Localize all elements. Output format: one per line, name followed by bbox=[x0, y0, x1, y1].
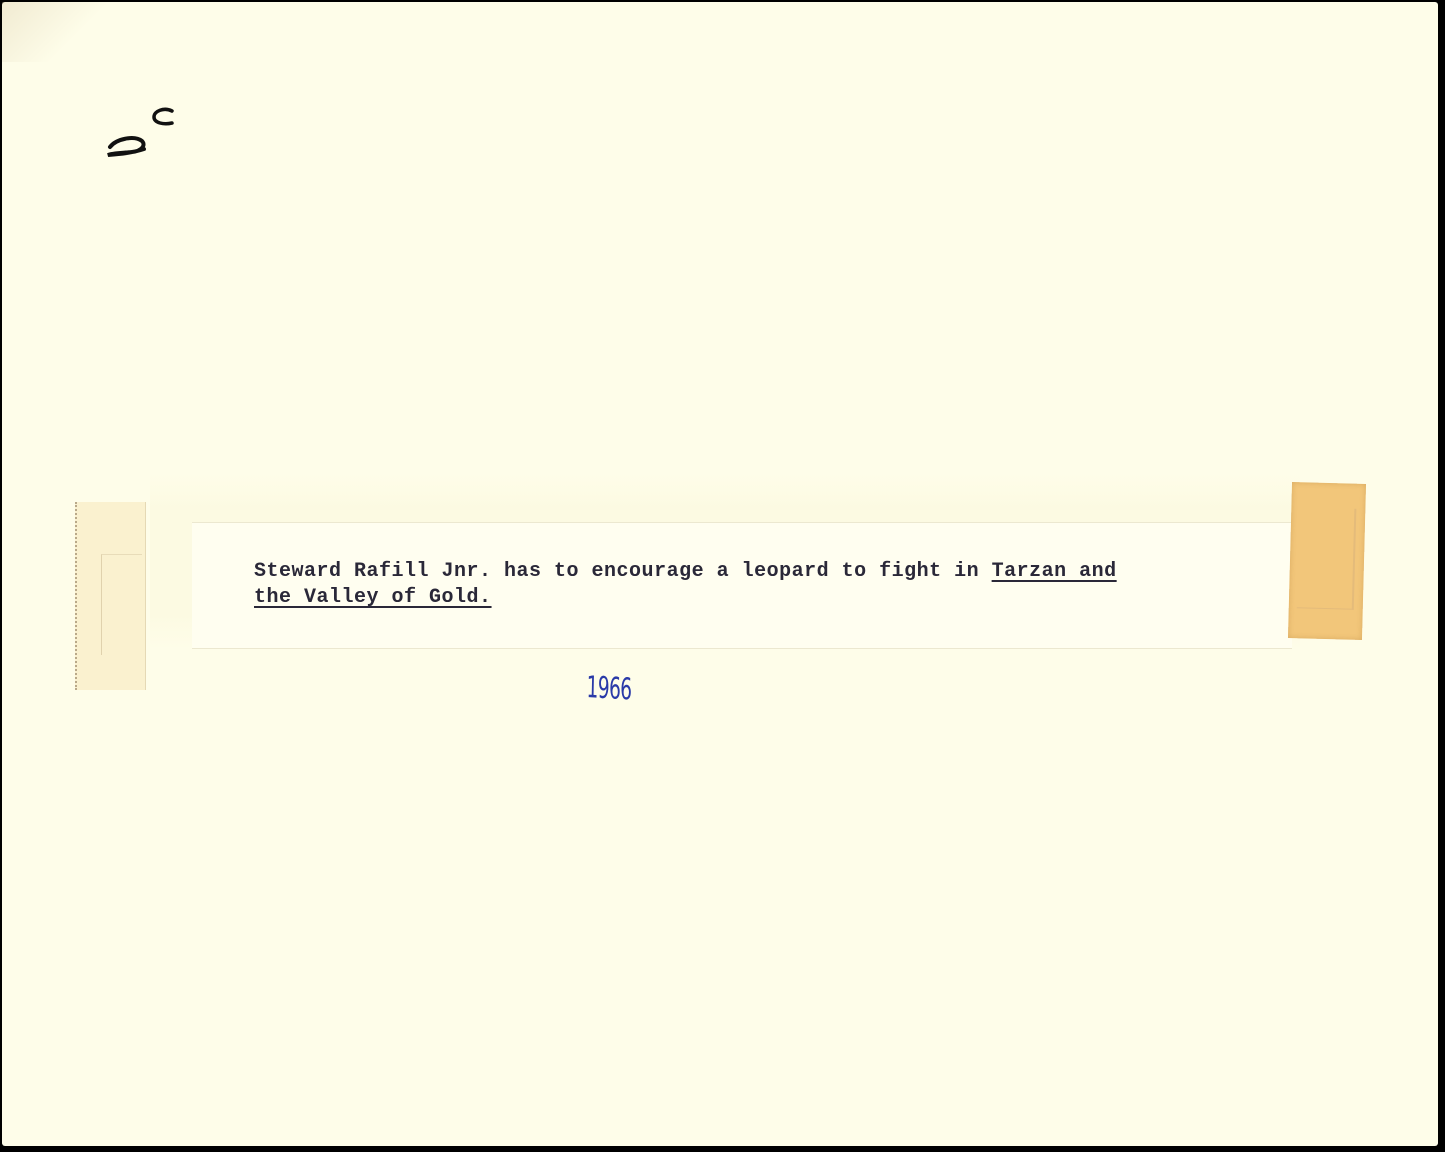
typewritten-caption: Steward Rafill Jnr. has to encourage a l… bbox=[254, 559, 1254, 611]
film-title-part-2: the Valley of Gold. bbox=[254, 586, 492, 609]
caption-line-1: Steward Rafill Jnr. has to encourage a l… bbox=[254, 559, 1254, 585]
tape-right bbox=[1288, 482, 1366, 640]
photo-card-back: 2c Steward Rafill Jnr. has to encourage … bbox=[2, 2, 1438, 1146]
caption-line-2: the Valley of Gold. bbox=[254, 585, 1254, 611]
handwritten-mark-2c bbox=[102, 97, 192, 167]
tape-left-crease bbox=[101, 554, 142, 655]
caption-text: Steward Rafill Jnr. has to encourage a l… bbox=[254, 560, 992, 583]
handwritten-year: 1966 bbox=[586, 670, 632, 708]
film-title-part-1: Tarzan and bbox=[992, 560, 1117, 583]
tape-right-crease bbox=[1297, 507, 1357, 609]
tape-left bbox=[75, 502, 146, 690]
